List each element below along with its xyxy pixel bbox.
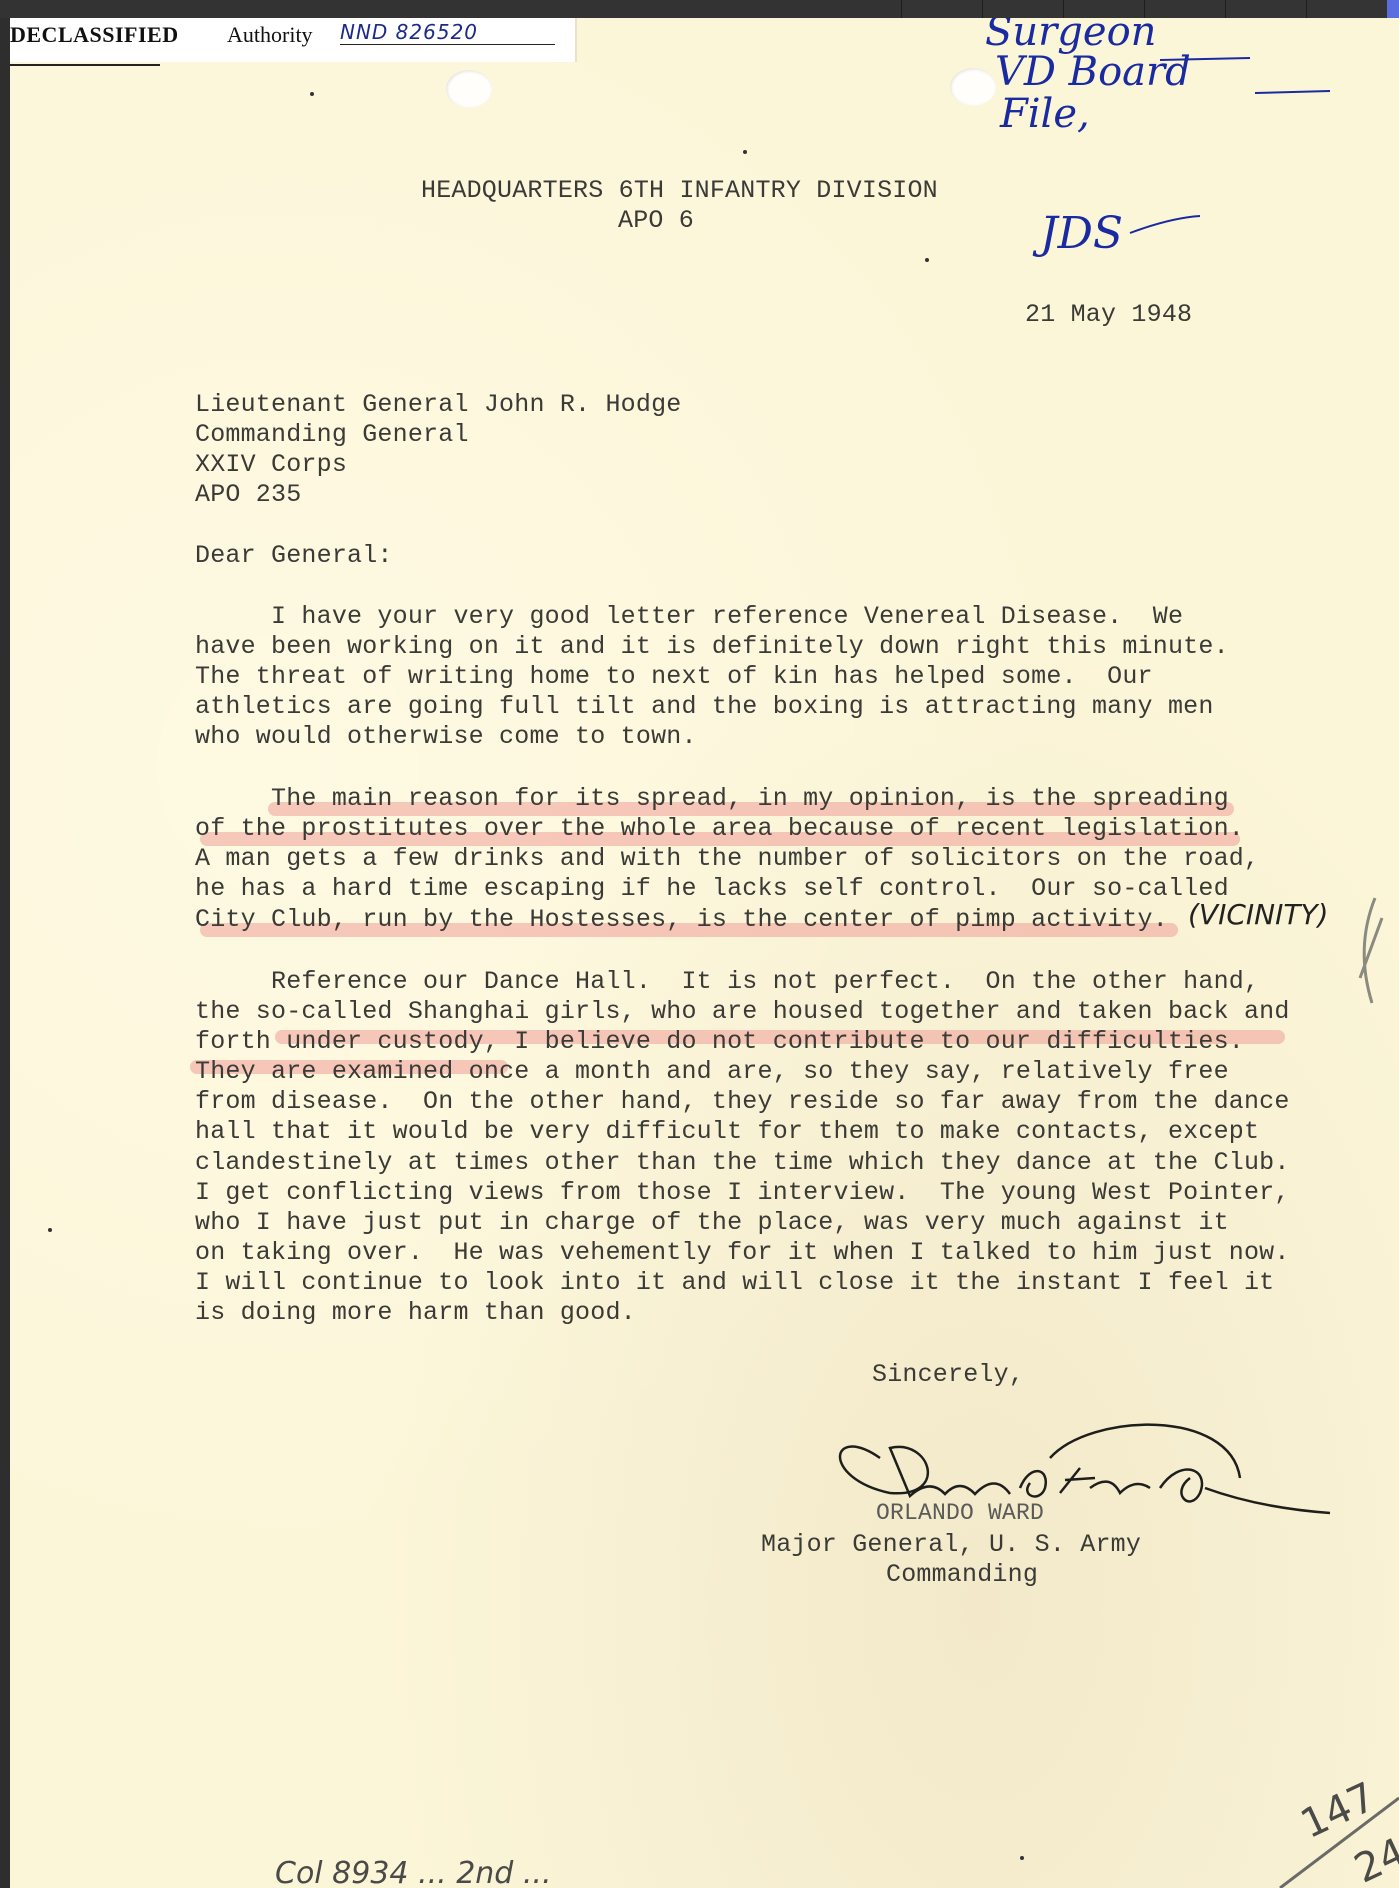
speck [310, 92, 314, 96]
recipient-line: Lieutenant General John R. Hodge [195, 390, 681, 419]
body-line: he has a hard time escaping if he lacks … [195, 874, 1229, 903]
body-line: Reference our Dance Hall. It is not perf… [195, 967, 1259, 996]
letter-date: 21 May 1948 [1025, 300, 1192, 329]
body-line: forth under custody, I believe do not co… [195, 1027, 1244, 1056]
body-line: from disease. On the other hand, they re… [195, 1087, 1290, 1116]
handwritten-initials: JDS [1040, 208, 1123, 259]
body-line: have been working on it and it is defini… [195, 632, 1229, 661]
toolbar-segment[interactable] [1144, 0, 1225, 18]
speck [925, 258, 929, 262]
letterhead-line1: HEADQUARTERS 6TH INFANTRY DIVISION [421, 176, 938, 205]
page-fraction-line [10, 18, 11, 19]
body-line: I will continue to look into it and will… [195, 1268, 1274, 1297]
speck [1020, 1856, 1024, 1860]
handwritten-note-vd-board: VD Board [995, 52, 1191, 92]
speck [48, 1228, 52, 1232]
body-line: A man gets a few drinks and with the num… [195, 844, 1259, 873]
salutation: Dear General: [195, 541, 393, 570]
body-line: athletics are going full tilt and the bo… [195, 692, 1214, 721]
page-number-annotation: 147 [1294, 1774, 1383, 1848]
body-line: They are examined once a month and are, … [195, 1057, 1229, 1086]
bottom-pencil-note: Col 8934 ... 2nd ... [275, 1856, 552, 1888]
recipient-line: XXIV Corps [195, 450, 347, 479]
handwritten-vicinity: (VICINITY) [1188, 898, 1328, 931]
body-line: I get conflicting views from those I int… [195, 1178, 1290, 1207]
body-line: who would otherwise come to town. [195, 722, 697, 751]
punch-hole [446, 70, 492, 108]
signatory-name: ORLANDO WARD [876, 1500, 1044, 1526]
body-line: I have your very good letter reference V… [195, 602, 1183, 631]
letterhead-line2: APO 6 [618, 206, 694, 235]
viewer-toolbar [0, 0, 1399, 18]
signatory-role: Commanding [886, 1560, 1038, 1589]
body-line: hall that it would be very difficult for… [195, 1117, 1259, 1146]
stamp-rule [10, 64, 160, 66]
toolbar-segment[interactable] [1063, 0, 1144, 18]
body-line: City Club, run by the Hostesses, is the … [195, 905, 1168, 934]
body-line: who I have just put in charge of the pla… [195, 1208, 1229, 1237]
handwritten-note-surgeon: Surgeon [985, 18, 1156, 52]
toolbar-segment[interactable] [1225, 0, 1306, 18]
toolbar-segment[interactable] [1306, 0, 1387, 18]
body-line: of the prostitutes over the whole area b… [195, 814, 1244, 843]
declassified-stamp: DECLASSIFIED Authority NND 826520 [10, 18, 577, 62]
document-page: DECLASSIFIED Authority NND 826520 Surgeo… [10, 18, 1399, 1888]
body-line: is doing more harm than good. [195, 1298, 636, 1327]
authority-value: NND 826520 [340, 20, 555, 45]
body-line: on taking over. He was vehemently for it… [195, 1238, 1290, 1267]
body-line: The threat of writing home to next of ki… [195, 662, 1153, 691]
recipient-line: APO 235 [195, 480, 301, 509]
page-denominator-annotation: 24 [1348, 1829, 1399, 1888]
authority-label: Authority [227, 22, 313, 48]
toolbar-segment[interactable] [901, 0, 982, 18]
body-line: the so-called Shanghai girls, who are ho… [195, 997, 1290, 1026]
toolbar-accent[interactable] [1387, 0, 1399, 18]
declassified-label: DECLASSIFIED [10, 22, 179, 48]
punch-hole [950, 68, 996, 106]
signatory-title: Major General, U. S. Army [761, 1530, 1141, 1559]
body-line: clandestinely at times other than the ti… [195, 1148, 1290, 1177]
closing: Sincerely, [872, 1360, 1024, 1389]
speck [743, 150, 747, 154]
recipient-line: Commanding General [195, 420, 469, 449]
toolbar-segment[interactable] [982, 0, 1063, 18]
body-line: The main reason for its spread, in my op… [195, 784, 1229, 813]
handwritten-note-file: File, [1000, 94, 1090, 134]
